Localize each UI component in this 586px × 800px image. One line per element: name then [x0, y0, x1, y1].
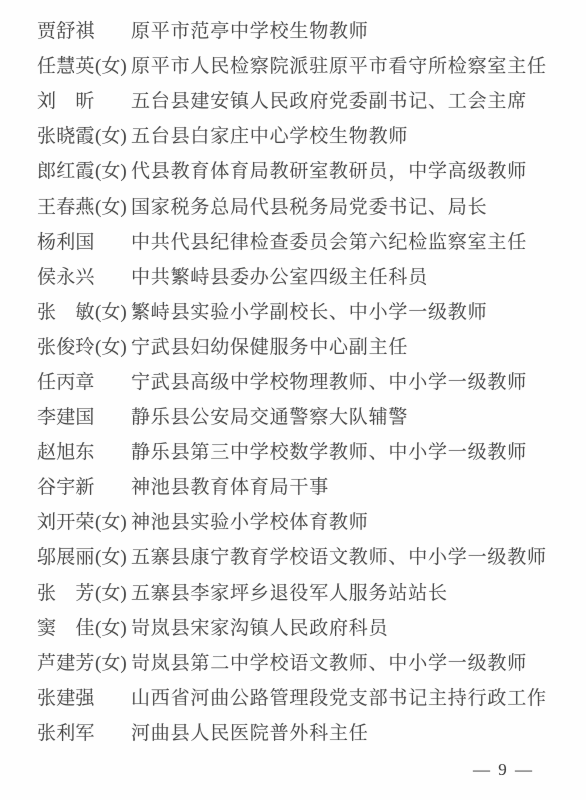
person-title: 国家税务总局代县税务局党委书记、局长 — [131, 192, 487, 219]
gender-suffix: (女) — [95, 121, 131, 148]
person-title: 岢岚县第二中学校语文教师、中小学一级教师 — [131, 648, 527, 675]
gender-suffix: (女) — [95, 648, 131, 675]
page-number: — 9 — — [473, 760, 534, 780]
list-item: 侯永兴 中共繁峙县委办公室四级主任科员 — [37, 258, 586, 293]
person-title: 代县教育体育局教研室教研员，中学高级教师 — [131, 156, 527, 183]
list-item: 刘开荣 (女) 神池县实验小学校体育教师 — [37, 503, 586, 538]
person-title: 河曲县人民医院普外科主任 — [131, 718, 369, 745]
gender-suffix: (女) — [95, 192, 131, 219]
list-item: 张利军 河曲县人民医院普外科主任 — [37, 714, 586, 749]
gender-suffix: (女) — [95, 542, 131, 569]
person-name: 任慧英 — [37, 51, 95, 78]
list-item: 张 敏 (女) 繁峙县实验小学副校长、中小学一级教师 — [37, 293, 586, 328]
list-item: 杨利国 中共代县纪律检查委员会第六纪检监察室主任 — [37, 223, 586, 258]
list-item: 任慧英 (女) 原平市人民检察院派驻原平市看守所检察室主任 — [37, 47, 586, 82]
person-title: 山西省河曲公路管理段党支部书记主持行政工作 — [131, 683, 547, 710]
person-name: 芦建芳 — [37, 648, 95, 675]
gender-suffix: (女) — [95, 156, 131, 183]
list-item: 张俊玲 (女) 宁武县妇幼保健服务中心副主任 — [37, 328, 586, 363]
person-name: 谷宇新 — [37, 472, 95, 499]
list-item: 刘 昕 五台县建安镇人民政府党委副书记、工会主席 — [37, 82, 586, 117]
person-title: 静乐县第三中学校数学教师、中小学一级教师 — [131, 437, 527, 464]
list-item: 邬展丽 (女) 五寨县康宁教育学校语文教师、中小学一级教师 — [37, 538, 586, 573]
person-title: 繁峙县实验小学副校长、中小学一级教师 — [131, 297, 487, 324]
person-name: 赵旭东 — [37, 437, 95, 464]
gender-suffix: (女) — [95, 613, 131, 640]
person-title: 岢岚县宋家沟镇人民政府科员 — [131, 613, 388, 640]
list-item: 王春燕 (女) 国家税务总局代县税务局党委书记、局长 — [37, 187, 586, 222]
list-item: 张 芳 (女) 五寨县李家坪乡退役军人服务站站长 — [37, 574, 586, 609]
person-name: 郎红霞 — [37, 156, 95, 183]
person-name: 窦 佳 — [37, 613, 95, 640]
person-title: 原平市范亭中学校生物教师 — [131, 16, 369, 43]
list-item: 芦建芳 (女) 岢岚县第二中学校语文教师、中小学一级教师 — [37, 644, 586, 679]
roster-list: 贾舒祺 原平市范亭中学校生物教师 任慧英 (女) 原平市人民检察院派驻原平市看守… — [0, 0, 586, 749]
person-name: 张利军 — [37, 718, 95, 745]
person-title: 五寨县康宁教育学校语文教师、中小学一级教师 — [131, 542, 547, 569]
person-name: 贾舒祺 — [37, 16, 95, 43]
person-title: 宁武县高级中学校物理教师、中小学一级教师 — [131, 367, 527, 394]
person-title: 五台县建安镇人民政府党委副书记、工会主席 — [131, 86, 527, 113]
person-name: 杨利国 — [37, 227, 95, 254]
person-title: 宁武县妇幼保健服务中心副主任 — [131, 332, 408, 359]
person-title: 五台县白家庄中心学校生物教师 — [131, 121, 408, 148]
list-item: 郎红霞 (女) 代县教育体育局教研室教研员，中学高级教师 — [37, 152, 586, 187]
list-item: 张晓霞 (女) 五台县白家庄中心学校生物教师 — [37, 117, 586, 152]
person-title: 神池县教育体育局干事 — [131, 472, 329, 499]
person-title: 五寨县李家坪乡退役军人服务站站长 — [131, 578, 448, 605]
person-title: 原平市人民检察院派驻原平市看守所检察室主任 — [131, 51, 547, 78]
person-name: 刘开荣 — [37, 507, 95, 534]
document-page: 贾舒祺 原平市范亭中学校生物教师 任慧英 (女) 原平市人民检察院派驻原平市看守… — [0, 0, 586, 800]
person-name: 张俊玲 — [37, 332, 95, 359]
person-name: 张 敏 — [37, 297, 95, 324]
list-item: 贾舒祺 原平市范亭中学校生物教师 — [37, 12, 586, 47]
person-name: 张晓霞 — [37, 121, 95, 148]
gender-suffix: (女) — [95, 297, 131, 324]
person-name: 侯永兴 — [37, 262, 95, 289]
person-name: 王春燕 — [37, 192, 95, 219]
list-item: 李建国 静乐县公安局交通警察大队辅警 — [37, 398, 586, 433]
person-name: 刘 昕 — [37, 86, 95, 113]
person-title: 静乐县公安局交通警察大队辅警 — [131, 402, 408, 429]
person-name: 邬展丽 — [37, 542, 95, 569]
gender-suffix: (女) — [95, 578, 131, 605]
list-item: 赵旭东 静乐县第三中学校数学教师、中小学一级教师 — [37, 433, 586, 468]
list-item: 任丙章 宁武县高级中学校物理教师、中小学一级教师 — [37, 363, 586, 398]
person-title: 中共代县纪律检查委员会第六纪检监察室主任 — [131, 227, 527, 254]
person-name: 李建国 — [37, 402, 95, 429]
list-item: 窦 佳 (女) 岢岚县宋家沟镇人民政府科员 — [37, 609, 586, 644]
gender-suffix: (女) — [95, 51, 131, 78]
list-item: 张建强 山西省河曲公路管理段党支部书记主持行政工作 — [37, 679, 586, 714]
gender-suffix: (女) — [95, 507, 131, 534]
person-name: 任丙章 — [37, 367, 95, 394]
list-item: 谷宇新 神池县教育体育局干事 — [37, 468, 586, 503]
person-title: 中共繁峙县委办公室四级主任科员 — [131, 262, 428, 289]
person-name: 张 芳 — [37, 578, 95, 605]
person-name: 张建强 — [37, 683, 95, 710]
gender-suffix: (女) — [95, 332, 131, 359]
person-title: 神池县实验小学校体育教师 — [131, 507, 369, 534]
